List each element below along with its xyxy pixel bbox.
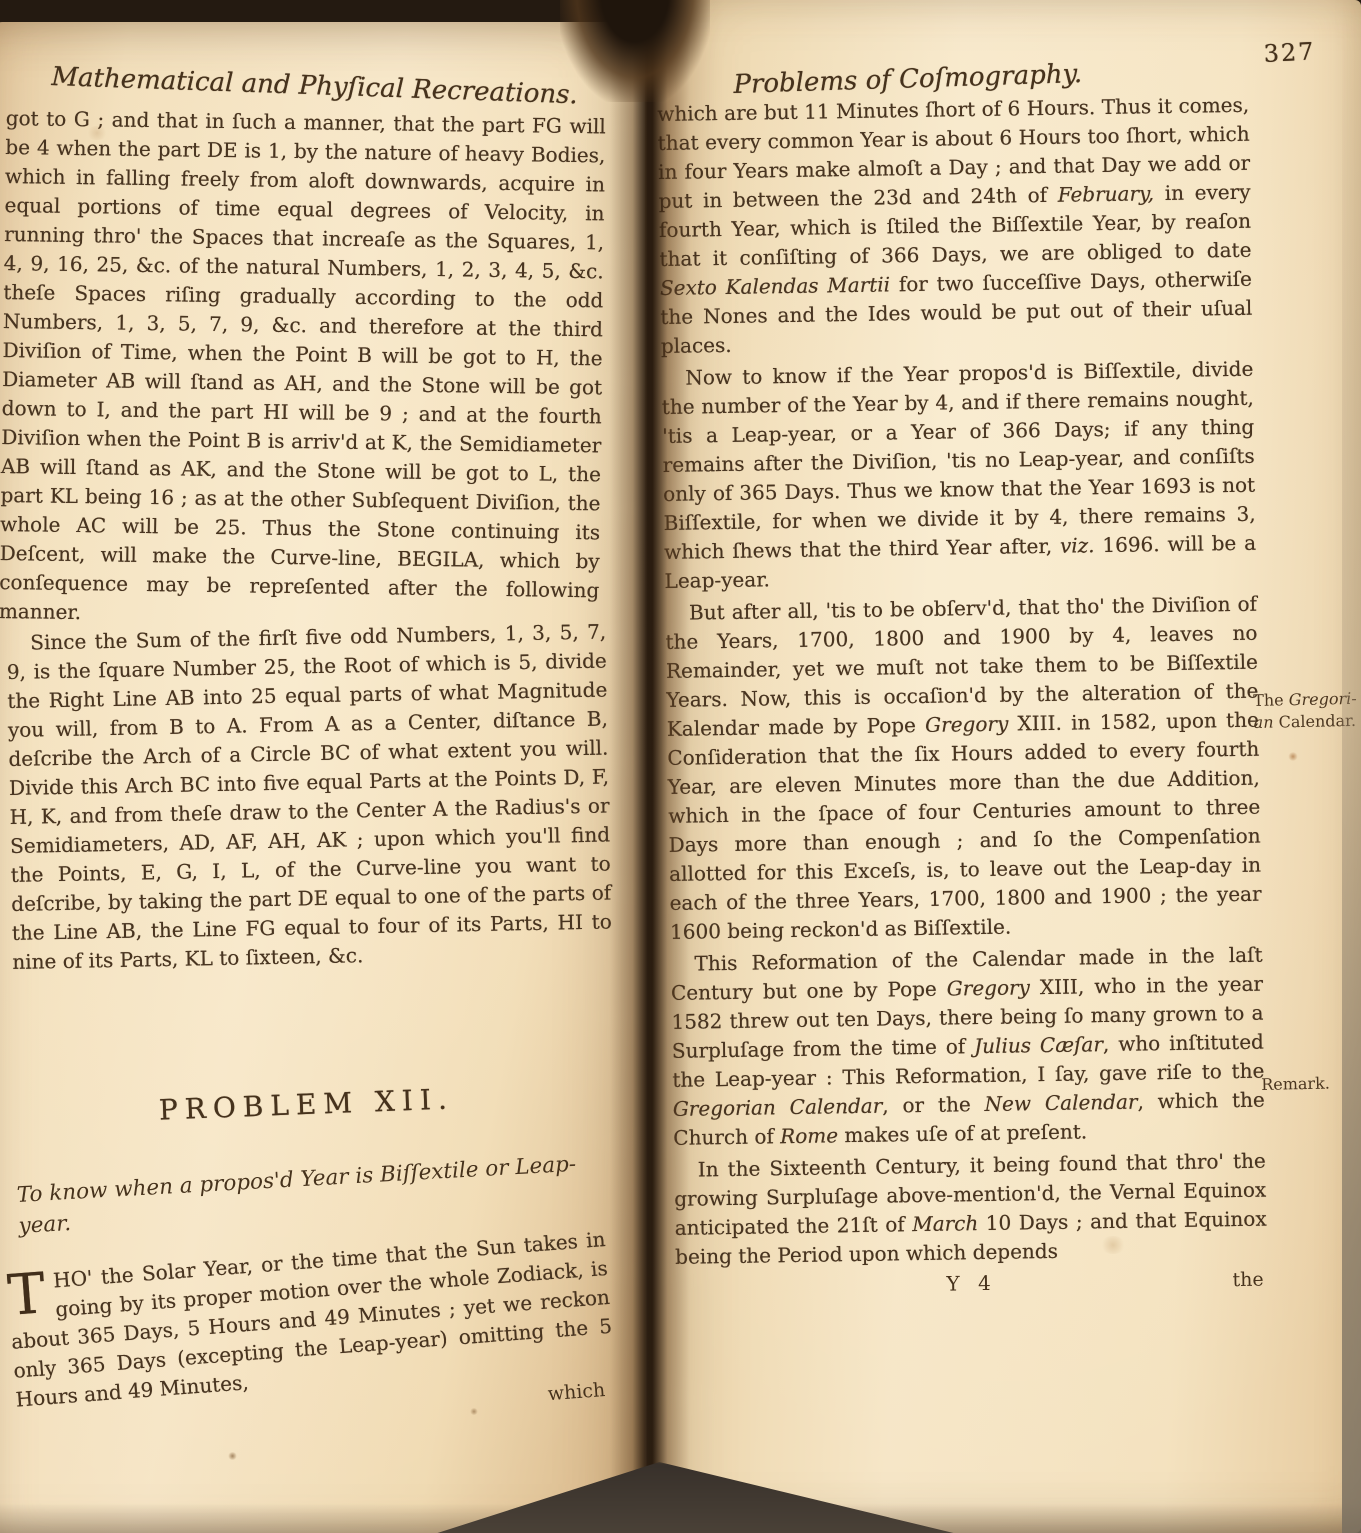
margin-note-line-1: The Gregori- — [1253, 688, 1361, 712]
right-catchword: the — [1232, 1269, 1263, 1291]
page-number: 327 — [1263, 37, 1316, 68]
open-book-photo: Mathematical and Phyſical Recreations. g… — [0, 0, 1361, 1533]
right-paragraph-4: This Reformation of the Calendar made in… — [670, 941, 1265, 1153]
problem-subtitle: To know when a propos'd Year is Biſſexti… — [16, 1148, 593, 1242]
right-paragraph-1: which are but 11 Minutes ſhort of 6 Hour… — [657, 91, 1253, 361]
left-paragraph-3-text: HO' the Solar Year, or the time that the… — [10, 1227, 612, 1412]
left-text-column: got to G ; and that in ſuch a manner, th… — [6, 104, 606, 980]
right-page: 327 Problems of Coſmography. which are b… — [645, 0, 1361, 1533]
margin-note-gregorian-calendar: The Gregori- an Calendar. — [1253, 688, 1361, 734]
gathering-signature: Y 4 — [946, 1271, 997, 1296]
drop-cap: T — [6, 1267, 56, 1320]
margin-note-remark: Remark. — [1261, 1072, 1361, 1096]
left-page: Mathematical and Phyſical Recreations. g… — [0, 22, 646, 1533]
right-paragraph-2: Now to know if the Year propos'd is Biſſ… — [661, 355, 1257, 596]
signature-row: Y 4 the — [675, 1267, 1267, 1300]
left-paragraph-1: got to G ; and that in ſuch a manner, th… — [0, 104, 606, 634]
right-paragraph-3: But after all, 'tis to be obſerv'd, that… — [665, 590, 1262, 947]
right-paragraph-5: In the Sixteenth Century, it being found… — [674, 1147, 1268, 1272]
right-text-column: which are but 11 Minutes ſhort of 6 Hour… — [657, 91, 1268, 1300]
left-paragraph-2: Since the Sum of the firſt five odd Numb… — [6, 617, 613, 976]
problem-heading: PROBLEM XII. — [0, 1076, 619, 1133]
margin-note-line-2: an Calendar. — [1253, 710, 1361, 734]
